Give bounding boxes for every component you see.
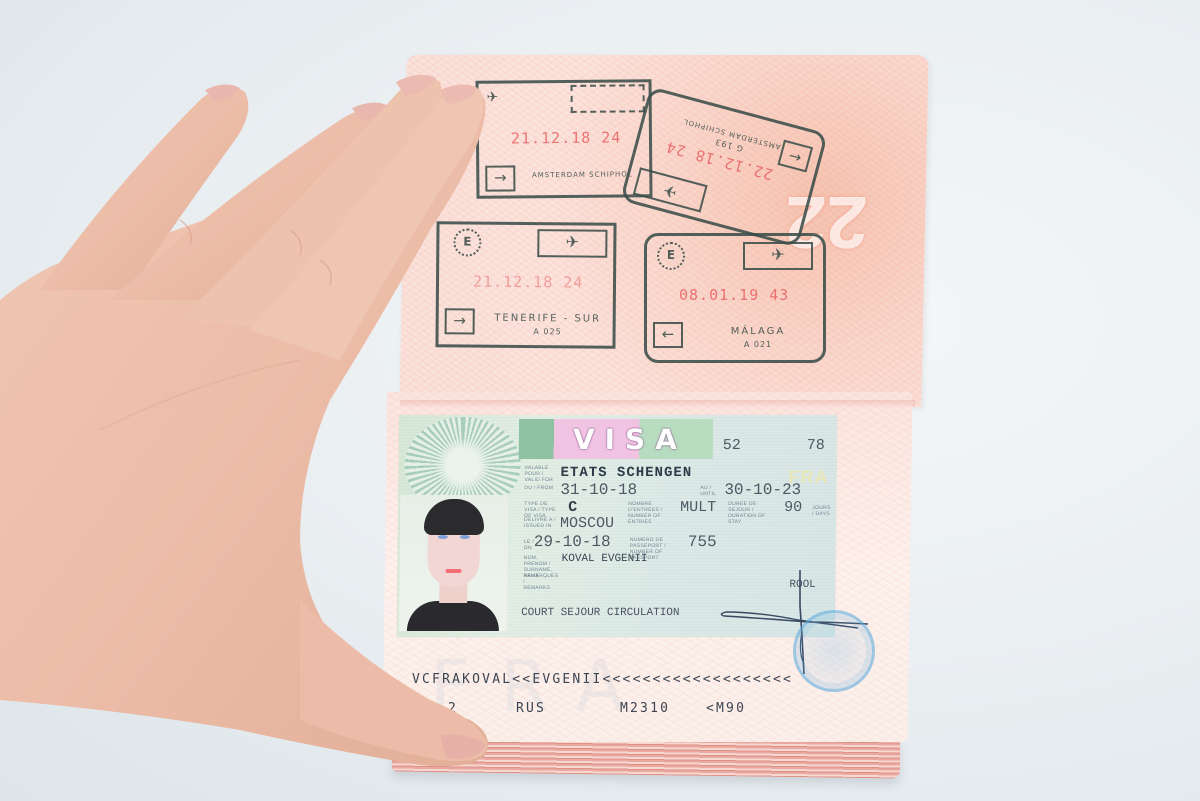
label-days: JOURS / DAYS: [812, 505, 832, 517]
stamp-place: MÁLAGA: [703, 326, 813, 337]
arrow-out-icon: ←: [777, 140, 813, 173]
stamp-date: 21.12.18 24: [511, 128, 621, 147]
eu-icon: E: [453, 228, 481, 256]
label-from: DU / FROM: [524, 485, 554, 491]
mrz-line-2-part-1: 2: [448, 701, 458, 716]
entry-stamp-tenerife: E ✈ 21.12.18 24 → TENERIFE - SUR A 025: [435, 221, 616, 349]
holder-name: KOVAL EVGENII: [562, 553, 648, 565]
issued-in: MOSCOU: [560, 515, 614, 532]
visa-number-left: 52: [723, 437, 741, 454]
mrz-line-2-part-2: RUS: [516, 701, 546, 716]
plane-box: [571, 84, 645, 113]
valid-for: ETATS SCHENGEN: [560, 465, 692, 481]
label-until: AU / UNTIL: [700, 485, 718, 497]
stamp-code: A 021: [703, 340, 813, 349]
consular-seal: [793, 610, 875, 692]
label-remarks: REMARQUES / REMARKS: [523, 573, 553, 591]
stamp-date: 21.12.18 24: [473, 273, 583, 292]
exit-stamp-malaga: E ✈ 08.01.19 43 ← MÁLAGA A 021: [644, 233, 826, 363]
label-duration: DUREE DE SEJOUR / DURATION OF STAY: [728, 501, 778, 525]
label-entries: NOMBRE D'ENTREES / NUMBER OF ENTRIES: [628, 501, 678, 525]
valid-until: 30-10-23: [724, 481, 801, 499]
schengen-visa: VISA 52 78 FRA VALABLE POUR / VALID FOR …: [397, 415, 837, 637]
label-issued-in: DELIVRE A / ISSUED IN: [524, 517, 558, 529]
passport-number: 755: [688, 533, 717, 551]
entries: MULT: [680, 499, 716, 516]
stamp-place: TENERIFE - SUR: [493, 313, 603, 325]
plane-icon: ✈: [537, 229, 607, 258]
duration-days: 90: [784, 499, 802, 516]
photo-scene: 22 ✈ 21.12.18 24 → AMSTERDAM SCHIPHOL 22…: [0, 0, 1200, 801]
arrow-in-icon: →: [445, 308, 475, 334]
visa-type: C: [568, 499, 577, 516]
issued-on: 29-10-18: [534, 533, 611, 551]
page-fold: [400, 400, 915, 408]
label-valid-for: VALABLE POUR / VALID FOR: [524, 465, 558, 483]
mrz-line-1: VCFRAKOVAL<<EVGENII<<<<<<<<<<<<<<<<<<<: [412, 672, 793, 687]
eu-icon: E: [657, 242, 685, 270]
signatory-name: ROOL: [789, 579, 816, 591]
stamp-date: 08.01.19 43: [679, 286, 789, 304]
mrz-line-2-part-3: M2310: [620, 701, 670, 716]
arrow-out-icon: ←: [653, 322, 683, 348]
visa-banner: VISA: [519, 419, 713, 459]
plane-icon: ✈: [743, 242, 813, 270]
arrow-in-icon: →: [485, 165, 515, 191]
mrz-line-2-part-4: <M90: [706, 701, 746, 716]
visa-number-right: 78: [807, 437, 825, 454]
airport-icon: ✈: [487, 90, 499, 106]
remarks: COURT SEJOUR CIRCULATION: [521, 607, 680, 619]
stamp-code: A 025: [493, 327, 603, 337]
valid-from: 31-10-18: [560, 481, 637, 499]
holder-photo: [399, 495, 508, 631]
plane-icon: ✈: [633, 167, 708, 212]
